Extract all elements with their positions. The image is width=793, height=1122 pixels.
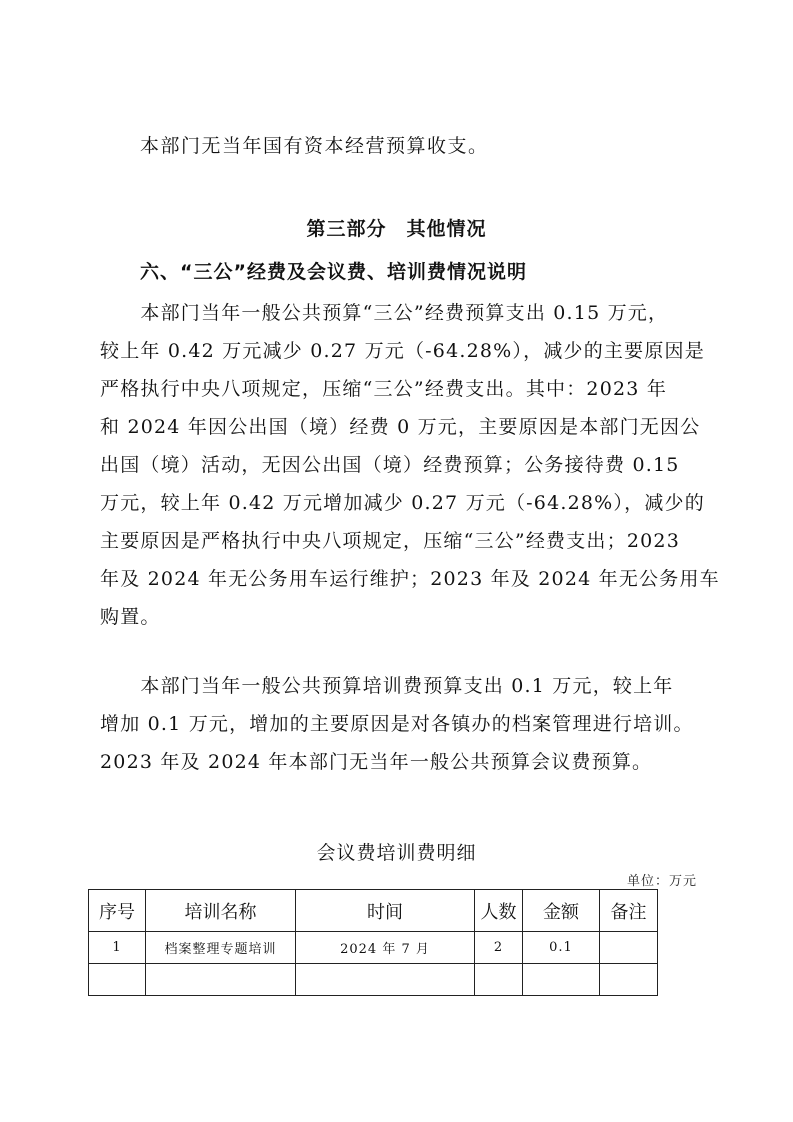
paragraph-training: 本部门当年一般公共预算培训费预算支出 0.1 万元，较上年 增加 0.1 万元，… bbox=[100, 667, 694, 781]
table-header-row: 序号 培训名称 时间 人数 金额 备注 bbox=[89, 890, 658, 932]
cell-time: 2024 年 7 月 bbox=[296, 932, 475, 964]
paragraph-line: 较上年 0.42 万元减少 0.27 万元（-64.28%），减少的主要原因是 bbox=[100, 332, 720, 370]
table-row: 1 档案整理专题培训 2024 年 7 月 2 0.1 bbox=[89, 932, 658, 964]
paragraph-line: 2023 年及 2024 年本部门无当年一般公共预算会议费预算。 bbox=[100, 743, 694, 781]
cell-time bbox=[296, 964, 475, 996]
cell-remarks bbox=[600, 932, 658, 964]
cell-training-name: 档案整理专题培训 bbox=[146, 932, 296, 964]
paragraph-line: 购置。 bbox=[100, 598, 720, 636]
intro-line: 本部门无当年国有资本经营预算收支。 bbox=[140, 131, 793, 158]
paragraph-line: 严格执行中央八项规定，压缩“三公”经费支出。其中：2023 年 bbox=[100, 370, 720, 408]
cell-amount: 0.1 bbox=[523, 932, 600, 964]
cell-headcount: 2 bbox=[475, 932, 523, 964]
cell-headcount bbox=[475, 964, 523, 996]
header-headcount: 人数 bbox=[475, 890, 523, 932]
header-index: 序号 bbox=[89, 890, 146, 932]
section-heading: 六、“三公”经费及会议费、培训费情况说明 bbox=[140, 257, 527, 284]
cell-remarks bbox=[600, 964, 658, 996]
paragraph-sanggong: 本部门当年一般公共预算“三公”经费预算支出 0.15 万元， 较上年 0.42 … bbox=[100, 294, 720, 636]
cell-index bbox=[89, 964, 146, 996]
header-amount: 金额 bbox=[523, 890, 600, 932]
header-time: 时间 bbox=[296, 890, 475, 932]
paragraph-line: 年及 2024 年无公务用车运行维护；2023 年及 2024 年无公务用车 bbox=[100, 560, 720, 598]
paragraph-line: 和 2024 年因公出国（境）经费 0 万元，主要原因是本部门无因公 bbox=[100, 408, 720, 446]
header-training-name: 培训名称 bbox=[146, 890, 296, 932]
training-meeting-fee-table: 序号 培训名称 时间 人数 金额 备注 1 档案整理专题培训 2024 年 7 … bbox=[88, 889, 658, 996]
paragraph-line: 主要原因是严格执行中央八项规定，压缩“三公”经费支出；2023 bbox=[100, 522, 720, 560]
paragraph-line: 本部门当年一般公共预算“三公”经费预算支出 0.15 万元， bbox=[100, 294, 720, 332]
paragraph-line: 增加 0.1 万元，增加的主要原因是对各镇办的档案管理进行培训。 bbox=[100, 705, 694, 743]
paragraph-line: 本部门当年一般公共预算培训费预算支出 0.1 万元，较上年 bbox=[100, 667, 694, 705]
part-title: 第三部分 其他情况 bbox=[0, 214, 793, 241]
cell-amount bbox=[523, 964, 600, 996]
table-unit: 单位：万元 bbox=[627, 870, 697, 889]
paragraph-line: 万元，较上年 0.42 万元增加减少 0.27 万元（-64.28%），减少的 bbox=[100, 484, 720, 522]
table-title: 会议费培训费明细 bbox=[0, 838, 793, 865]
cell-index: 1 bbox=[89, 932, 146, 964]
header-remarks: 备注 bbox=[600, 890, 658, 932]
paragraph-line: 出国（境）活动，无因公出国（境）经费预算；公务接待费 0.15 bbox=[100, 446, 720, 484]
table-row bbox=[89, 964, 658, 996]
cell-training-name bbox=[146, 964, 296, 996]
